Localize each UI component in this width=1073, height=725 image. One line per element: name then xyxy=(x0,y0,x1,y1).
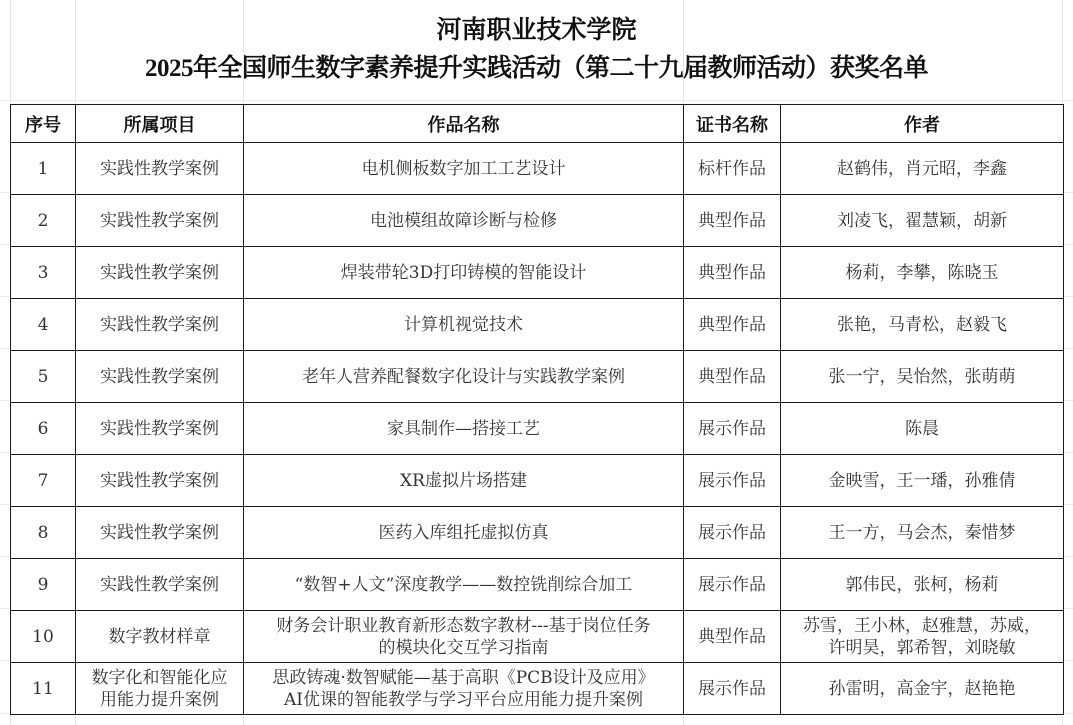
authors-cell: 杨莉，李攀，陈晓玉 xyxy=(781,247,1064,299)
table-row: 10 数字教材样章 财务会计职业教育新形态数字教材---基于岗位任务 的模块化交… xyxy=(11,611,1064,663)
work-title-cell: XR虚拟片场搭建 xyxy=(244,455,684,507)
work-title-line: 的模块化交互学习指南 xyxy=(246,637,681,659)
certificate-cell: 典型作品 xyxy=(684,299,781,351)
work-title-cell: 思政铸魂·数智赋能—基于高职《PCB设计及应用》 AI优课的智能教学与学习平台应… xyxy=(244,663,684,715)
column-header-work-title: 作品名称 xyxy=(244,105,684,143)
authors-cell: 刘凌飞，翟慧颖，胡新 xyxy=(781,195,1064,247)
row-number: 4 xyxy=(11,299,76,351)
authors-line: 苏雪，王小林，赵雅慧，苏威， xyxy=(783,615,1061,637)
table-header-row: 序号 所属项目 作品名称 证书名称 作者 xyxy=(11,105,1064,143)
work-title-cell: 计算机视觉技术 xyxy=(244,299,684,351)
category-cell: 实践性教学案例 xyxy=(76,403,244,455)
certificate-cell: 典型作品 xyxy=(684,351,781,403)
work-title-cell: 医药入库组托虚拟仿真 xyxy=(244,507,684,559)
row-number: 1 xyxy=(11,143,76,195)
category-cell: 实践性教学案例 xyxy=(76,559,244,611)
category-cell: 实践性教学案例 xyxy=(76,195,244,247)
document-header: 河南职业技术学院 2025年全国师生数字素养提升实践活动（第二十九届教师活动）获… xyxy=(0,0,1073,100)
category-cell: 数字教材样章 xyxy=(76,611,244,663)
authors-line: 许明昊，郭希智，刘晓敏 xyxy=(783,637,1061,659)
certificate-cell: 典型作品 xyxy=(684,611,781,663)
work-title-cell: 财务会计职业教育新形态数字教材---基于岗位任务 的模块化交互学习指南 xyxy=(244,611,684,663)
award-table: 序号 所属项目 作品名称 证书名称 作者 1 实践性教学案例 电机侧板数字加工工… xyxy=(10,104,1064,715)
row-number: 11 xyxy=(11,663,76,715)
row-number: 2 xyxy=(11,195,76,247)
authors-cell: 郭伟民，张柯，杨莉 xyxy=(781,559,1064,611)
certificate-cell: 展示作品 xyxy=(684,559,781,611)
authors-cell: 张一宁，吴怡然，张萌萌 xyxy=(781,351,1064,403)
table-row: 9 实践性教学案例 “数智+人文”深度教学——数控铣削综合加工 展示作品 郭伟民… xyxy=(11,559,1064,611)
row-number: 8 xyxy=(11,507,76,559)
column-header-number: 序号 xyxy=(11,105,76,143)
authors-cell: 孙雷明，高金宇，赵艳艳 xyxy=(781,663,1064,715)
category-line: 数字化和智能化应 xyxy=(78,667,241,689)
category-cell: 数字化和智能化应 用能力提升案例 xyxy=(76,663,244,715)
certificate-cell: 展示作品 xyxy=(684,403,781,455)
category-cell: 实践性教学案例 xyxy=(76,299,244,351)
work-title-cell: 老年人营养配餐数字化设计与实践教学案例 xyxy=(244,351,684,403)
table-row: 4 实践性教学案例 计算机视觉技术 典型作品 张艳，马青松，赵毅飞 xyxy=(11,299,1064,351)
table-row: 11 数字化和智能化应 用能力提升案例 思政铸魂·数智赋能—基于高职《PCB设计… xyxy=(11,663,1064,715)
category-line: 用能力提升案例 xyxy=(78,689,241,711)
certificate-cell: 典型作品 xyxy=(684,195,781,247)
certificate-cell: 展示作品 xyxy=(684,455,781,507)
table-row: 1 实践性教学案例 电机侧板数字加工工艺设计 标杆作品 赵鹤伟，肖元昭，李鑫 xyxy=(11,143,1064,195)
authors-cell: 金映雪，王一璠，孙雅倩 xyxy=(781,455,1064,507)
table-row: 3 实践性教学案例 焊装带轮3D打印铸模的智能设计 典型作品 杨莉，李攀，陈晓玉 xyxy=(11,247,1064,299)
authors-cell: 苏雪，王小林，赵雅慧，苏威， 许明昊，郭希智，刘晓敏 xyxy=(781,611,1064,663)
award-list-title: 2025年全国师生数字素养提升实践活动（第二十九届教师活动）获奖名单 xyxy=(0,48,1073,84)
work-title-line: 财务会计职业教育新形态数字教材---基于岗位任务 xyxy=(246,615,681,637)
column-header-certificate: 证书名称 xyxy=(684,105,781,143)
certificate-cell: 展示作品 xyxy=(684,663,781,715)
table-row: 5 实践性教学案例 老年人营养配餐数字化设计与实践教学案例 典型作品 张一宁，吴… xyxy=(11,351,1064,403)
row-number: 3 xyxy=(11,247,76,299)
authors-cell: 陈晨 xyxy=(781,403,1064,455)
column-header-authors: 作者 xyxy=(781,105,1064,143)
authors-cell: 张艳，马青松，赵毅飞 xyxy=(781,299,1064,351)
work-title-line: AI优课的智能教学与学习平台应用能力提升案例 xyxy=(246,689,681,711)
authors-cell: 赵鹤伟，肖元昭，李鑫 xyxy=(781,143,1064,195)
table-row: 7 实践性教学案例 XR虚拟片场搭建 展示作品 金映雪，王一璠，孙雅倩 xyxy=(11,455,1064,507)
category-cell: 实践性教学案例 xyxy=(76,351,244,403)
category-cell: 实践性教学案例 xyxy=(76,143,244,195)
table-row: 6 实践性教学案例 家具制作—搭接工艺 展示作品 陈晨 xyxy=(11,403,1064,455)
row-number: 9 xyxy=(11,559,76,611)
work-title-cell: 家具制作—搭接工艺 xyxy=(244,403,684,455)
institution-title: 河南职业技术学院 xyxy=(0,10,1073,46)
column-header-category: 所属项目 xyxy=(76,105,244,143)
row-number: 7 xyxy=(11,455,76,507)
category-cell: 实践性教学案例 xyxy=(76,247,244,299)
row-number: 6 xyxy=(11,403,76,455)
work-title-cell: 焊装带轮3D打印铸模的智能设计 xyxy=(244,247,684,299)
work-title-line: 思政铸魂·数智赋能—基于高职《PCB设计及应用》 xyxy=(246,667,681,689)
work-title-cell: 电池模组故障诊断与检修 xyxy=(244,195,684,247)
authors-cell: 王一方，马会杰，秦惜梦 xyxy=(781,507,1064,559)
row-number: 5 xyxy=(11,351,76,403)
certificate-cell: 标杆作品 xyxy=(684,143,781,195)
table-row: 2 实践性教学案例 电池模组故障诊断与检修 典型作品 刘凌飞，翟慧颖，胡新 xyxy=(11,195,1064,247)
certificate-cell: 展示作品 xyxy=(684,507,781,559)
category-cell: 实践性教学案例 xyxy=(76,507,244,559)
category-cell: 实践性教学案例 xyxy=(76,455,244,507)
work-title-cell: “数智+人文”深度教学——数控铣削综合加工 xyxy=(244,559,684,611)
row-number: 10 xyxy=(11,611,76,663)
work-title-cell: 电机侧板数字加工工艺设计 xyxy=(244,143,684,195)
certificate-cell: 典型作品 xyxy=(684,247,781,299)
table-row: 8 实践性教学案例 医药入库组托虚拟仿真 展示作品 王一方，马会杰，秦惜梦 xyxy=(11,507,1064,559)
